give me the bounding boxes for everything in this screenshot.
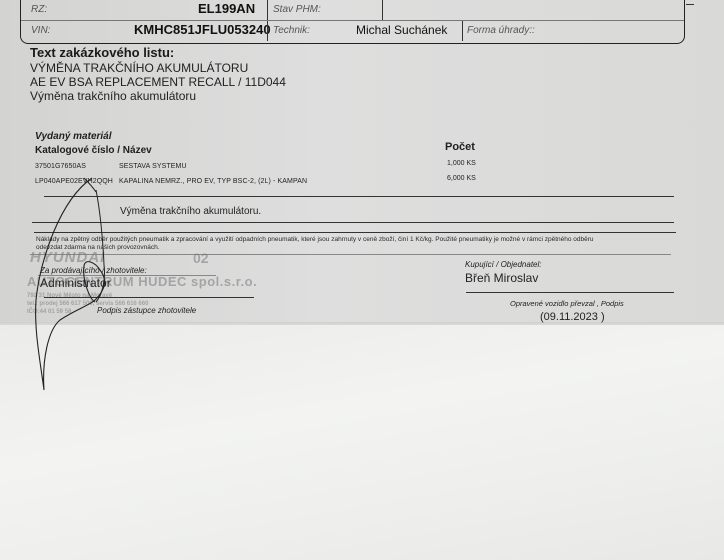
material-count: 1,000 KS — [447, 160, 476, 167]
rz-row: RZ: EL199AN Stav PHM: — [21, 0, 684, 21]
signature-line — [44, 297, 254, 298]
material-catalog-number: LP040APE02EVH2QQH — [35, 178, 113, 185]
buyer-label: Kupující / Objednatel: — [465, 260, 542, 269]
seller-name: Administrator — [40, 276, 111, 290]
column-divider — [267, 0, 268, 20]
column-divider — [382, 0, 383, 20]
divider-line — [44, 196, 674, 197]
stamp-address: 792 31 Nové Město na Moravě — [27, 293, 112, 299]
material-name: SESTAVA SYSTEMU — [119, 163, 187, 170]
order-text-title: Text zakázkového listu: — [30, 45, 174, 60]
rz-label: RZ: — [31, 4, 47, 15]
handover-date: (09.11.2023 ) — [540, 311, 605, 323]
catalog-column-header: Katalogové číslo / Název — [35, 145, 152, 156]
stav-phm-label: Stav PHM: — [273, 4, 321, 15]
material-name: KAPALINA NEMRZ., PRO EV, TYP BSC-2, (2L)… — [119, 178, 307, 185]
work-description: Výměna trakčního akumulátoru. — [120, 206, 261, 217]
stamp-brand: HYUNDAI — [30, 249, 105, 266]
technik-value: Michal Suchánek — [356, 23, 447, 37]
forma-uhrady-label: Forma úhrady:: — [467, 25, 535, 36]
rz-value: EL199AN — [198, 1, 255, 16]
seller-signature-caption: Podpis zástupce zhotovitele — [97, 306, 196, 315]
vehicle-info-box: RZ: EL199AN Stav PHM: VIN: KMHC851JFLU05… — [20, 0, 685, 44]
disposal-note-line: Náklady na zpětný odběr použitých pneuma… — [36, 236, 594, 243]
stamp-number: 02 — [193, 250, 209, 266]
divider-line — [30, 254, 671, 255]
column-divider — [462, 21, 463, 41]
vin-value: KMHC851JFLU053240 — [134, 22, 271, 37]
order-text-line: Výměna trakčního akumulátoru — [30, 89, 196, 103]
order-text-line: VÝMĚNA TRAKČNÍHO AKUMULÁTORU — [30, 61, 248, 75]
divider-line — [32, 222, 674, 223]
count-column-header: Počet — [445, 141, 475, 153]
materials-section-title: Vydaný materiál — [35, 131, 112, 142]
document-sheet-lower — [0, 325, 724, 560]
box-tick-mark — [686, 4, 694, 5]
material-count: 6,000 KS — [447, 175, 476, 182]
divider-line — [34, 232, 676, 233]
material-catalog-number: 37501G7650AS — [35, 163, 86, 170]
stamp-ico: IČO:44 01 59 58 — [27, 309, 71, 315]
technik-label: Technik: — [273, 25, 310, 36]
vin-label: VIN: — [31, 25, 50, 36]
column-divider — [267, 21, 268, 41]
order-text-line: AE EV BSA REPLACEMENT RECALL / 11D044 — [30, 75, 286, 89]
buyer-name: Břeň Miroslav — [465, 271, 538, 285]
buyer-signature-caption: Opravené vozidlo převzal , Podpis — [510, 299, 624, 308]
signature-line — [466, 292, 674, 293]
vin-row: VIN: KMHC851JFLU053240 Technik: Michal S… — [21, 21, 684, 41]
